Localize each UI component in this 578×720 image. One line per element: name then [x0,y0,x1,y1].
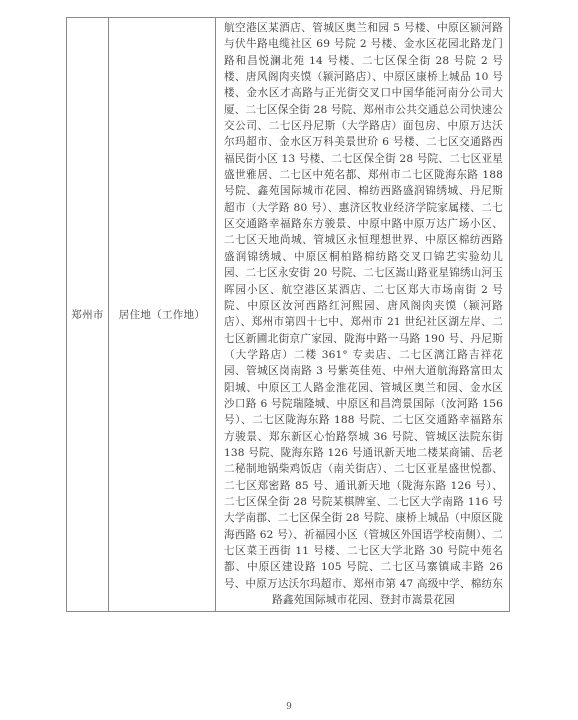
table-row: 郑州市 居住地（工作地） 航空港区某酒店、管城区奥兰和园 5 号楼、中原区颍河路… [67,18,510,612]
locations-table: 郑州市 居住地（工作地） 航空港区某酒店、管城区奥兰和园 5 号楼、中原区颍河路… [66,17,510,612]
city-cell: 郑州市 [67,18,109,612]
place-type-cell: 居住地（工作地） [109,18,216,612]
page-number: 9 [0,702,578,712]
places-list-cell: 航空港区某酒店、管城区奥兰和园 5 号楼、中原区颍河路与伏牛路电缆社区 69 号… [216,18,510,612]
